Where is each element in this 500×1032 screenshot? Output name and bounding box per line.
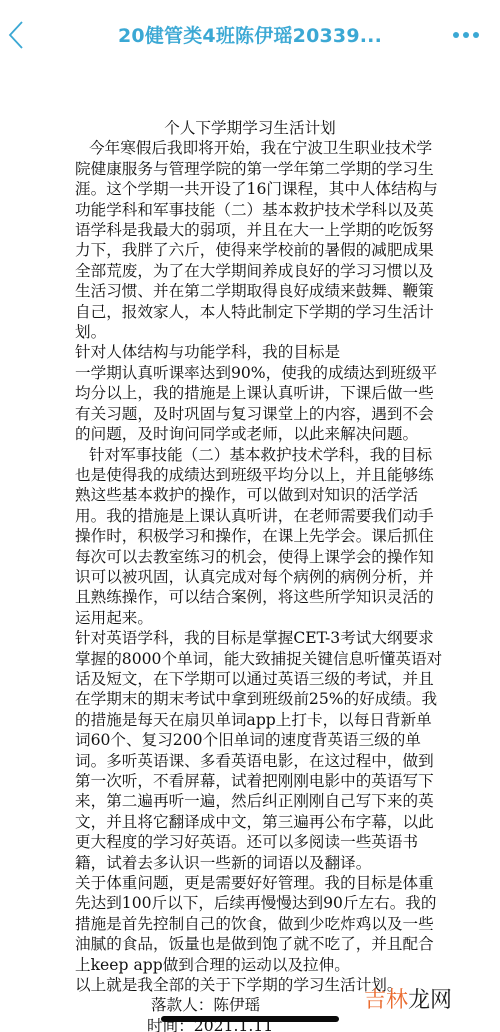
document-line: 用。我的措施是上课认真听讲，在老师需要我们动手: [75, 506, 425, 526]
chevron-left-icon: [8, 20, 24, 50]
document-line: 也是使得我的成绩达到班级平均分以上，并且能够练: [75, 465, 425, 485]
document-body: 今年寒假后我即将开始，我在宁波卫生职业技术学院健康服务与管理学院的第一学年第二学…: [75, 138, 425, 995]
document-line: 更大程度的学习好英语。还可以多阅读一些英语书: [75, 832, 425, 852]
document-line: 均分以上，我的措施是上课认真听讲，下课后做一些: [75, 383, 425, 403]
document-line: 自己，报效家人，本人特此制定下学期的学习生活计: [75, 302, 425, 322]
document-line: 一学期认真听课率达到90%，使我的成绩达到班级平: [75, 363, 425, 383]
watermark-part1: 吉林: [364, 988, 408, 1013]
more-dots-icon-dot: [463, 32, 469, 38]
document-line: 第一次听，不看屏幕，试着把刚刚电影中的英语写下: [75, 771, 425, 791]
document-line: 来，第二遍再听一遍，然后纠正刚刚自己写下来的英: [75, 791, 425, 811]
document-line: 且熟练操作，可以结合案例，将这些所学知识灵活的: [75, 587, 425, 607]
document-line: 识可以被巩固，认真完成对每个病例的病例分析，并: [75, 567, 425, 587]
document-line: 词60个、复习200个旧单词的速度背英语三级的单: [75, 730, 425, 750]
watermark-logo: 吉林龙网: [364, 983, 452, 1014]
document-line: 针对人体结构与功能学科，我的目标是: [75, 342, 425, 362]
document-line: 的措施是每天在扇贝单词app上打卡，以每日背新单: [75, 710, 425, 730]
document-line: 全部荒废，为了在大学期间养成良好的学习习惯以及: [75, 261, 425, 281]
document-line: 针对军事技能（二）基本救护技术学科，我的目标: [75, 445, 425, 465]
document-line: 语学科是我最大的弱项，并且在大一上学期的吃饭努: [75, 220, 425, 240]
document-line: 的问题，及时询问同学或老师，以此来解决问题。: [75, 424, 425, 444]
document-line: 掌握的8000个单词，能大致捕捉关键信息听懂英语对: [75, 649, 425, 669]
more-dots-icon: [453, 32, 459, 38]
document-line: 熟这些基本救护的操作，可以做到对知识的活学活: [75, 485, 425, 505]
document-line: 上keep app做到合理的运动以及拉伸。: [75, 955, 425, 975]
document-line: 每次可以去教室练习的机会，使得上课学会的操作知: [75, 547, 425, 567]
page-title: 20健管类4班陈伊瑶20339...: [118, 21, 382, 48]
document-title: 个人下学期学习生活计划: [75, 118, 425, 138]
document-line: 院健康服务与管理学院的第一学年第二学期的学习生: [75, 159, 425, 179]
document-line: 有关习题，及时巩固与复习课堂上的内容，遇到不会: [75, 404, 425, 424]
document-line: 力下，我胖了六斤，使得来学校前的暑假的减肥成果: [75, 240, 425, 260]
back-button[interactable]: [4, 18, 28, 52]
document-line: 今年寒假后我即将开始，我在宁波卫生职业技术学: [75, 138, 425, 158]
document-line: 运用起来。: [75, 608, 425, 628]
document-line: 在学期末的期末考试中拿到班级前25%的好成绩。我: [75, 689, 425, 709]
document-line: 油腻的食品，饭量也是做到饱了就不吃了，并且配合: [75, 934, 425, 954]
document-line: 籍，试着去多认识一些新的词语以及翻译。: [75, 853, 425, 873]
document-image: 个人下学期学习生活计划 今年寒假后我即将开始，我在宁波卫生职业技术学院健康服务与…: [75, 118, 425, 1032]
more-dots-icon-dot: [473, 32, 479, 38]
document-line: 涯。这个学期一共开设了16门课程，其中人体结构与: [75, 179, 425, 199]
document-line: 关于体重问题，更是需要好好管理。我的目标是体重: [75, 873, 425, 893]
document-line: 措施是首先控制自己的饮食，做到少吃炸鸡以及一些: [75, 914, 425, 934]
document-line: 词。多听英语课、多看英语电影，在这过程中，做到: [75, 751, 425, 771]
more-options-button[interactable]: [446, 22, 486, 48]
document-line: 文，并且将它翻译成中文，第三遍再公布字幕，以此: [75, 812, 425, 832]
watermark-part2: 龙网: [408, 988, 452, 1013]
document-line: 操作时，积极学习和操作，在课上先学会。课后抓住: [75, 526, 425, 546]
document-line: 功能学科和军事技能（二）基本救护技术学科以及英: [75, 200, 425, 220]
home-indicator[interactable]: [161, 1016, 339, 1022]
document-line: 话及短文，在下学期可以通过英语三级的考试，并且: [75, 669, 425, 689]
document-line: 生活习惯、并在第二学期取得良好成绩来鼓舞、鞭策: [75, 281, 425, 301]
document-line: 划。: [75, 322, 425, 342]
document-line: 针对英语学科，我的目标是掌握CET-3考试大纲要求: [75, 628, 425, 648]
navigation-bar: 20健管类4班陈伊瑶20339...: [0, 0, 500, 70]
document-line: 先达到100斤以下，后续再慢慢达到90斤左右。我的: [75, 893, 425, 913]
